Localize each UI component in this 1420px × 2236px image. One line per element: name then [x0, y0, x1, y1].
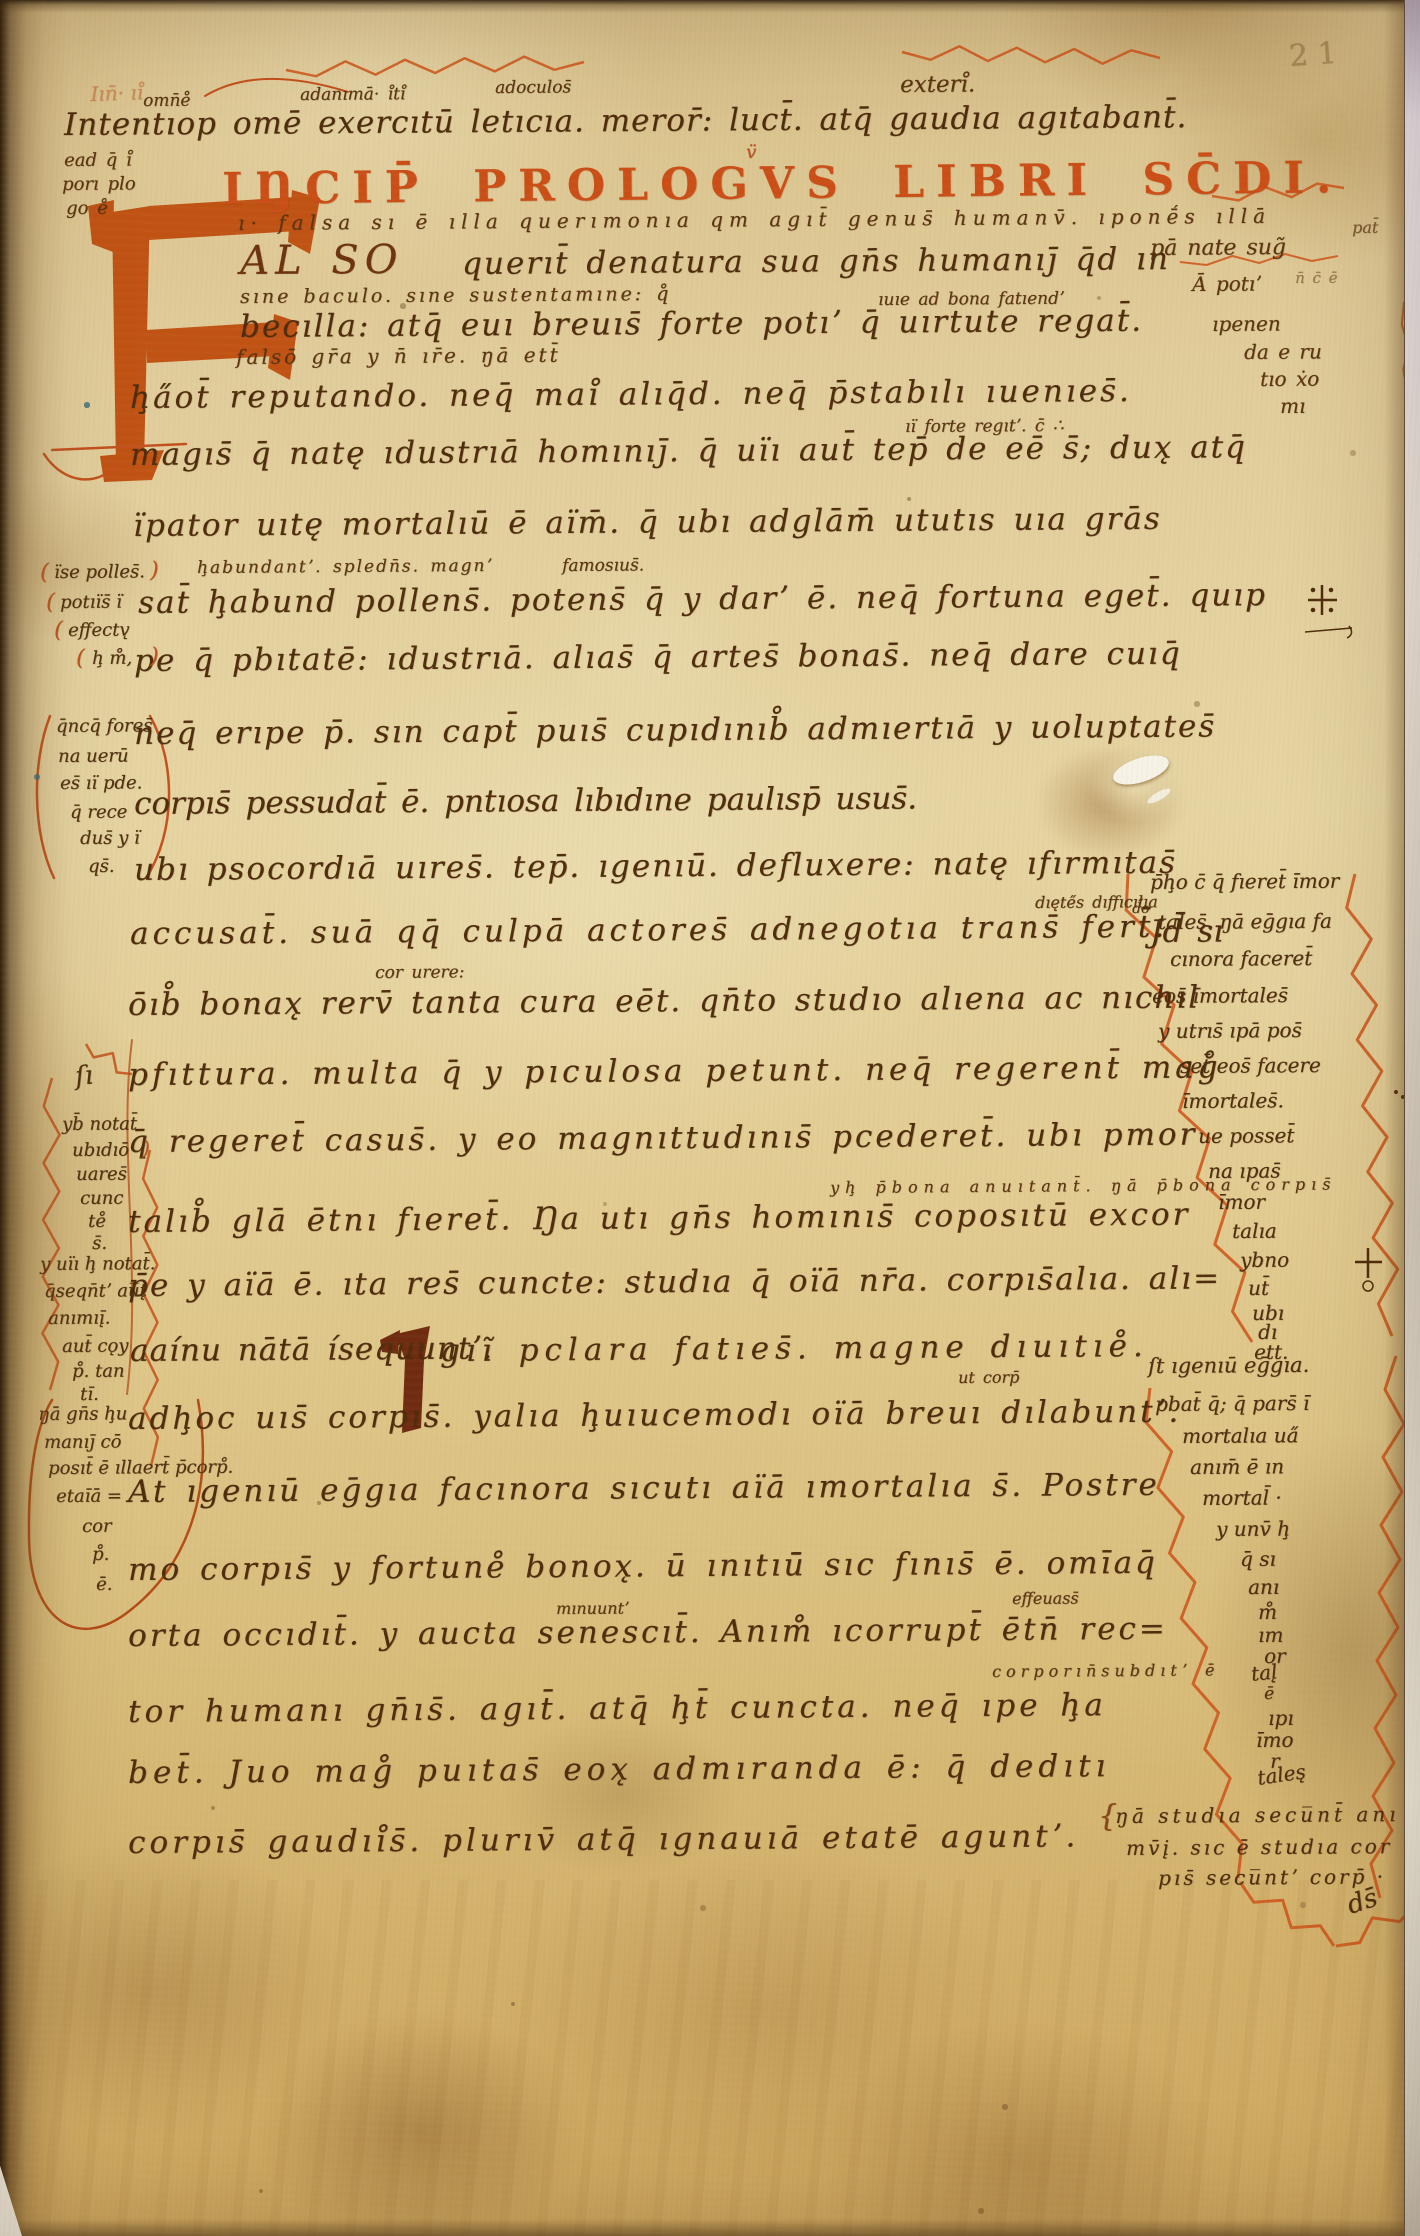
right-margin-note: y utrıs̄ ıpā pos̄	[1158, 1020, 1302, 1041]
left-margin-note: dus̄ y ı̈	[80, 830, 140, 848]
interlinear-gloss: ḩabundantʼ. spledn̄s. magnʼ	[197, 558, 494, 577]
text-line: Intentıop omē exercıtū letıcıa. meror̄: …	[64, 102, 1187, 141]
right-margin-note: ſt ıgenıū eḡgıa.	[1148, 1355, 1309, 1377]
right-margin-note: pbat̄ q̄; q̄ pars̄ ı̄	[1155, 1393, 1309, 1414]
right-margin-note: na ıpas̄	[1208, 1160, 1281, 1181]
folio-number: 2 1	[1288, 39, 1338, 72]
text-line: corpıs̄ gaudıı̊s̄. plurıv̄ atq̄ ıgnauıā …	[128, 1821, 1079, 1859]
left-margin-note: q̄ncq̄ fores̄	[56, 717, 153, 736]
right-margin-note: ıpı	[1268, 1708, 1294, 1728]
text-line: p̄e y aı̈ā ē. ıta res̄ cuncte: studıa q̄…	[128, 1263, 1221, 1302]
interlinear-gloss: pā nate sug̃	[1150, 237, 1286, 260]
interlinear-gloss: ıpenen	[1212, 314, 1281, 334]
text-line: sat̄ ḩabund pollens̄. potens̄ q̄ y darʼ …	[138, 580, 1267, 619]
right-margin-note: ut̄	[1248, 1278, 1269, 1298]
text-line: querıt̄ denatura sua gn̄s humanıj̄ q̄d ı…	[462, 244, 1170, 280]
text-line: tor humanı gn̄ıs̄. agıt̄. atq̄ ḩt̄ cunct…	[128, 1690, 1107, 1728]
right-margin-note: cınora faceret̄	[1170, 948, 1312, 969]
page-edge-bottom	[0, 2218, 1420, 2236]
text-line: q̄ regeret̄ casus̄. y eo magnıttudınıs̄ …	[128, 1120, 1198, 1158]
left-margin-note: qs̄.	[88, 858, 115, 876]
left-margin-note: p̊. tan	[72, 1363, 125, 1381]
interlinear-gloss: cor urere:	[375, 964, 464, 982]
right-margin-note: ım	[1258, 1625, 1284, 1645]
interlinear-gloss: exterı̊.	[900, 73, 975, 97]
right-margin-note: ue posset̄	[1198, 1125, 1294, 1146]
next-page-edge	[1404, 0, 1420, 2236]
interlinear-gloss: go e̊	[66, 200, 108, 218]
red-mark: )	[142, 1138, 150, 1158]
left-margin-note: es̄ ıı̈ pde.	[60, 774, 142, 793]
text-line: ı̈pator uıtę mortalıū ē aı̈m̄. q̄ ubı ad…	[133, 504, 1162, 542]
right-margin-note: ı̄mo	[1256, 1730, 1294, 1750]
right-margin-note: y unv̄ ḩ	[1216, 1518, 1290, 1539]
left-margin-note: te̊	[88, 1213, 106, 1231]
red-mark: (	[76, 648, 85, 670]
right-margin-note: anım̄ ē ın	[1190, 1456, 1284, 1477]
left-margin-note: posıt̄ ē ıllaert̄ p̄corp̊.	[48, 1459, 233, 1478]
right-margin-note: q̄ sı	[1240, 1549, 1276, 1569]
text-line: becılla: atq̄ euı breuıs̄ forte potıʼ q̄…	[240, 306, 1143, 343]
right-margin-note: ı̄mor	[1218, 1192, 1265, 1212]
right-margin-note: ē	[1264, 1686, 1274, 1703]
right-margin-note: m̊	[1258, 1602, 1277, 1622]
red-zigzag-line	[1240, 1882, 1334, 1946]
right-margin-note: mv̄į. sıc ē studıa cor	[1126, 1836, 1392, 1858]
interlinear-gloss: effeuass̄	[1012, 1591, 1079, 1607]
right-margin-note: tales̄. ŋā eḡgıa fa	[1158, 911, 1332, 932]
faded-red-note: Iın̄· ıı̊	[90, 82, 143, 104]
interlinear-gloss: mı	[1280, 396, 1306, 416]
right-margin-note: mortalıa ua̋	[1182, 1425, 1299, 1446]
interlinear-gloss: ut corp̄	[958, 1370, 1019, 1386]
text-line: pe q̄ pbıtatē: ıdustrıā. alıas̄ q̄ artes…	[134, 639, 1182, 677]
left-margin-note: p̊.	[92, 1546, 109, 1564]
left-margin-note: cunc	[80, 1190, 123, 1208]
interlinear-gloss: da e ru	[1244, 341, 1322, 362]
interlinear-gloss: d̋o	[1132, 902, 1149, 916]
text-line: bet̄. Juo mag̊ puıtas̄ eox̨ admıranda ē:…	[128, 1751, 1111, 1789]
right-margin-note: mortal̄ ·	[1202, 1487, 1282, 1508]
left-margin-note: ubıdıō	[72, 1142, 129, 1160]
right-margin-note: ybno	[1240, 1250, 1289, 1270]
interlinear-gloss: tıo ẋo	[1260, 369, 1319, 389]
text-line: aaínu nātā ísequuntʼ.	[130, 1333, 493, 1367]
interlinear-gloss: corporın̄subdıtʼ ē	[992, 1662, 1219, 1680]
left-margin-note: cor	[82, 1518, 112, 1536]
text-line: gıĩ pclara fatıes̄. magne dıuıtıe̊.	[440, 1331, 1149, 1367]
right-margin-note: eos̄ ı̄mortales̄	[1152, 985, 1288, 1006]
interlinear-gloss: falsō gr̄a y n̄ ır̄e. ŋā ett̄	[236, 345, 561, 367]
interlinear-gloss: n̄ c̄ ē	[1295, 271, 1338, 286]
text-line: magıs̄ q̄ natę ıdustrıā homınıj̄. q̄ uı̈…	[130, 432, 1247, 471]
text-line: mo corpıs̄ y fortune̊ bonox̨. ū ınıtıū̄ …	[128, 1548, 1158, 1586]
text-line: ḩa̋ot̄ reputando. neq̄ maı̊ alıq̄d. neq̄…	[130, 376, 1132, 414]
right-margin-note: ı̄mortales̄.	[1182, 1090, 1284, 1111]
red-zigzag-line	[286, 57, 584, 77]
interlinear-gloss: adanımā· ı̊tı̊	[300, 86, 405, 104]
text-line: talıb̊ glā ētnı fıeret̄. Ŋa utı gn̄s hom…	[128, 1200, 1190, 1238]
left-margin-note: ḩ m̊,	[92, 650, 132, 668]
text-line: adḩoc uıs̄ corpıs̄. yalıa ḩuıucemodı oı̈…	[128, 1397, 1181, 1435]
ink-specks	[0, 0, 2, 2]
text-line: pfıttura. multa q̄ y pıculosa petunt. ne…	[128, 1052, 1222, 1091]
page-edge-right-shadow	[1382, 0, 1404, 2236]
text-line: accusat̄. suā qq̄ culpā actores̄ adnegot…	[130, 912, 1168, 950]
obelus-mark-upper	[1305, 585, 1352, 638]
manuscript-page: Iın̄· ıı̊omn̄e̊adanımā· ı̊tı̊adoculos̄ex…	[0, 0, 1420, 2236]
interlinear-gloss: sıne baculo. sıne sustentamıne: q̊	[240, 285, 671, 307]
left-margin-note: aut̄ cǫy	[62, 1338, 128, 1356]
red-zigzag-line	[902, 46, 1160, 63]
interlinear-gloss: famosıus̄.	[562, 557, 644, 575]
left-margin-note: tı̄.	[80, 1386, 99, 1404]
right-margin-note: pıs̄ secu̅ntʼ corp̄ ·	[1158, 1866, 1386, 1888]
red-zigzag-line	[86, 1044, 132, 1074]
right-margin-note: anı	[1248, 1577, 1279, 1597]
interlinear-gloss: ıuıe ad bona fatıendʼ	[878, 291, 1064, 309]
left-margin-note: ē.	[96, 1576, 113, 1594]
text-line: neq̄ erıpe p̄. sın capt̄ puıs̄ cupıdınıb…	[134, 711, 1216, 750]
text-line: ubı psocordıā uıres̄. tep̄. ıgenıū̄. def…	[134, 848, 1177, 886]
interlinear-gloss: porı plo	[62, 175, 136, 194]
left-margin-note: q̄ rece	[70, 804, 127, 822]
left-margin-note: ſı	[74, 1062, 94, 1089]
left-margin-note: yb̄ notat̄	[62, 1115, 137, 1134]
right-margin-note: tales̨	[1256, 1761, 1307, 1788]
text-line: At ıgenıū eḡgıa facınora sıcutı aı̈ā ımo…	[128, 1470, 1160, 1508]
left-margin-note: uares̄	[76, 1166, 127, 1184]
left-margin-note: effectv̨	[68, 622, 130, 640]
binding-gutter-shadow	[0, 0, 70, 2236]
right-margin-note: set̄ eos̄ facere	[1180, 1055, 1321, 1076]
interlinear-gloss: pat̄	[1352, 220, 1378, 236]
incipit-word: AL SO	[240, 240, 404, 281]
interlinear-gloss: Ā potıʼ	[1192, 274, 1262, 294]
text-line: ōıb̊ bonax̨ rerv̄ tanta cura eēt. qn̄to …	[128, 983, 1200, 1021]
red-mark: )	[150, 560, 159, 582]
text-line: orta occıdıt̄. y aucta senescıt̄. Anım̊ …	[128, 1614, 1168, 1652]
interlinear-gloss: ead q̄ ı̊	[64, 152, 132, 170]
right-margin-note: ŋā studıa secu̅nt̄ anı	[1115, 1804, 1400, 1826]
page-edge-top	[0, 0, 1420, 14]
interlinear-gloss: adoculos̄	[495, 79, 571, 97]
left-margin-note: s̄.	[92, 1235, 107, 1253]
right-margin-note: p̄ḩo c̄ q̄ fıeret̄ ı̄mor	[1150, 871, 1339, 892]
red-mark: )	[150, 646, 159, 668]
right-margin-note: talıa	[1232, 1221, 1277, 1241]
right-margin-note: tal̨	[1250, 1661, 1278, 1684]
text-line: corpıs̄ pessudat̄ ē. pntıosa lıbıdıne pa…	[134, 784, 917, 820]
